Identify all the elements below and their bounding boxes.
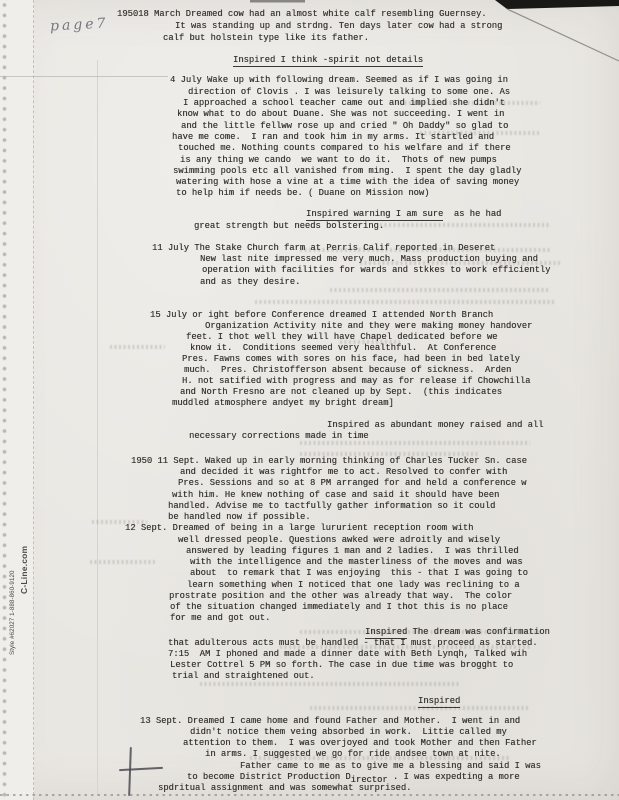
screenshot-root: { "artifacts": { "handwritten_page_label… [0, 0, 619, 800]
scanner-edge-smudge [250, 0, 305, 3]
scanner-edge-shadow [495, 0, 619, 9]
page-corner-diagonal [507, 9, 619, 61]
scanned-page: 195018 March Dreamed cow had an almost w… [0, 0, 619, 800]
scan-corner-artifacts [0, 0, 619, 800]
